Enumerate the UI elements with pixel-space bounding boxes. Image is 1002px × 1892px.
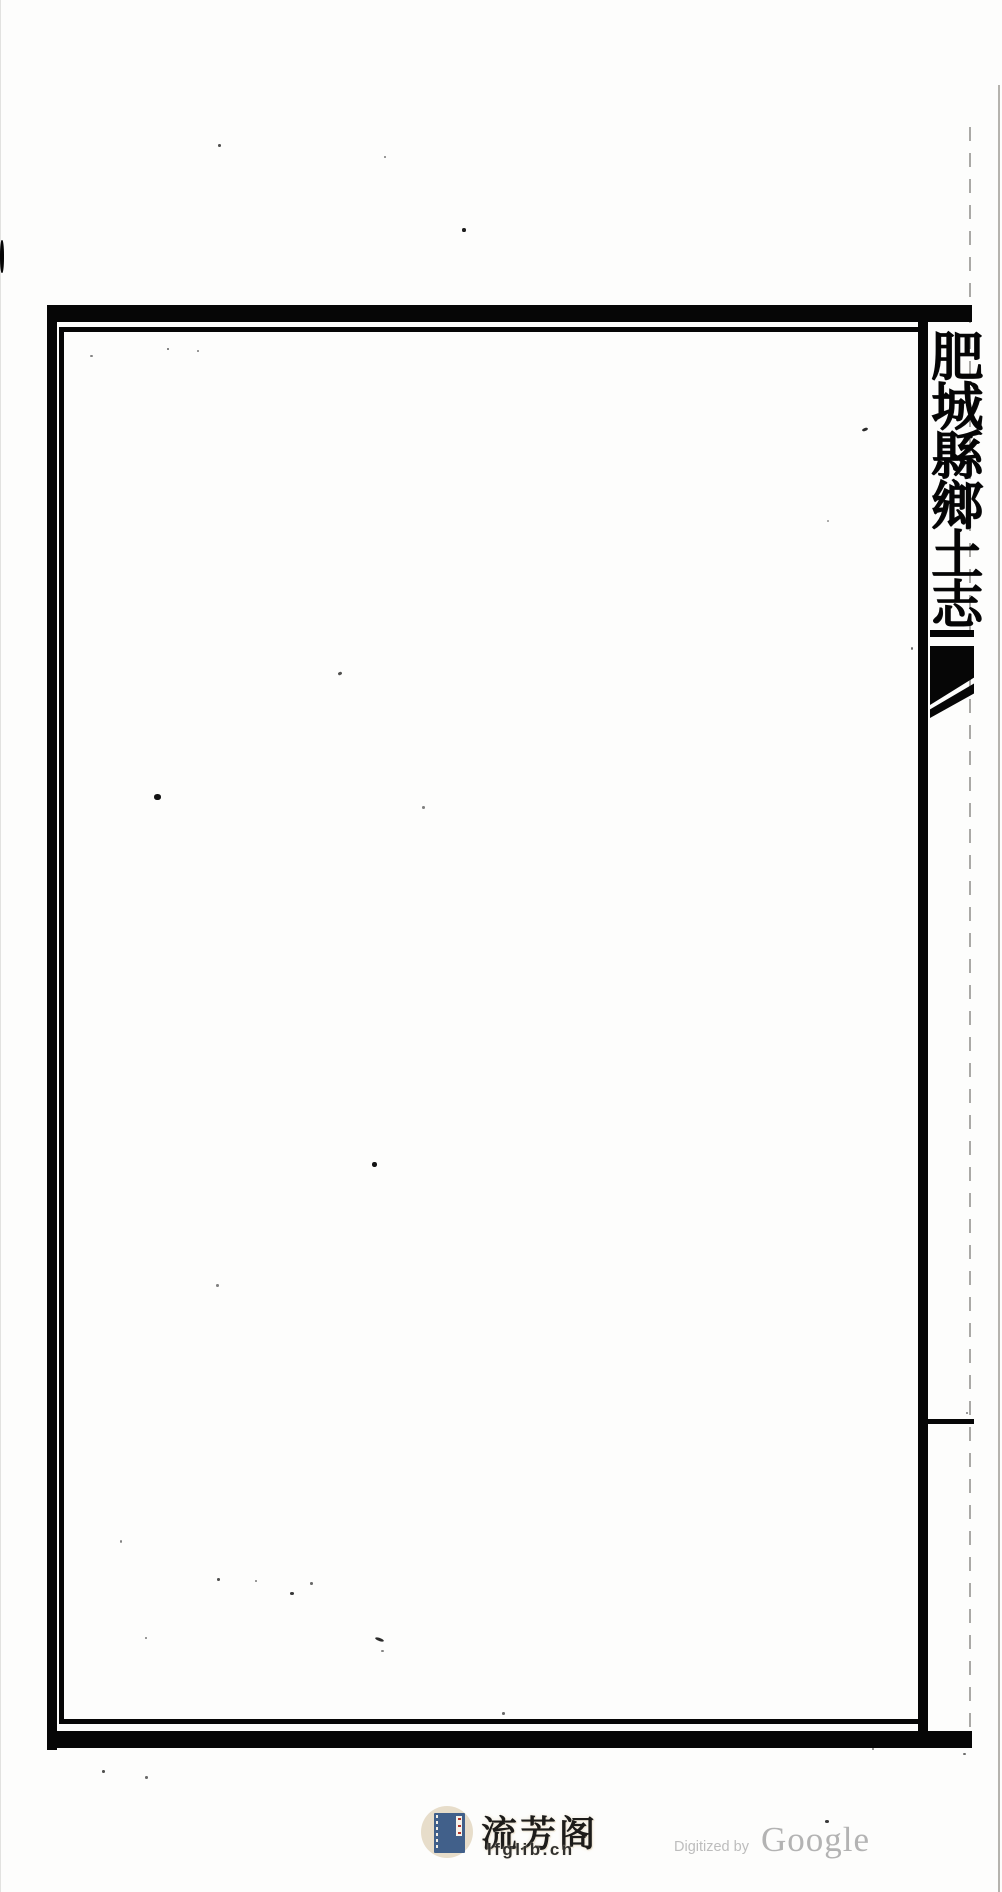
ink-speck: [872, 1748, 874, 1750]
ink-speck: [145, 1776, 148, 1779]
ink-speck: [911, 647, 913, 650]
ink-speck: [502, 1712, 505, 1715]
ink-speck: [827, 520, 829, 522]
ink-speck: [218, 144, 221, 147]
ink-speck: [462, 228, 466, 232]
ink-speck: [217, 1578, 220, 1581]
ink-speck: [145, 1637, 147, 1639]
ink-speck: [154, 794, 161, 800]
stitched-book-icon: [434, 1813, 465, 1853]
ink-specks-layer: [0, 0, 1002, 1892]
book-title-label: [456, 1816, 462, 1836]
ink-speck: [372, 1162, 377, 1167]
ink-speck: [120, 1540, 122, 1543]
ink-speck: [90, 355, 93, 357]
ink-speck: [548, 1719, 552, 1722]
lfglib-domain: lfglib.cn: [487, 1840, 575, 1860]
digitized-by-caption: Digitized by: [674, 1839, 749, 1855]
ink-speck: [167, 348, 169, 350]
ink-speck: [102, 1770, 105, 1773]
ink-speck: [422, 806, 425, 809]
ink-speck: [375, 1637, 384, 1643]
ink-speck: [255, 1580, 257, 1582]
book-binding-stitches: [436, 1815, 438, 1851]
ink-speck: [384, 156, 386, 158]
google-logo: Google: [761, 1820, 870, 1860]
ink-speck: [216, 1284, 219, 1287]
ink-speck: [310, 1582, 313, 1585]
ink-speck: [338, 671, 343, 675]
ink-speck: [0, 240, 4, 273]
lfglib-logo-badge: [421, 1806, 473, 1858]
ink-speck: [381, 1650, 384, 1652]
ink-speck: [290, 1592, 294, 1595]
ink-speck: [966, 1412, 968, 1414]
scanned-book-page: { "document": { "type": "scanned woodblo…: [0, 0, 1002, 1892]
ink-speck: [862, 427, 869, 432]
ink-speck: [197, 350, 199, 352]
ink-speck: [963, 1753, 966, 1755]
